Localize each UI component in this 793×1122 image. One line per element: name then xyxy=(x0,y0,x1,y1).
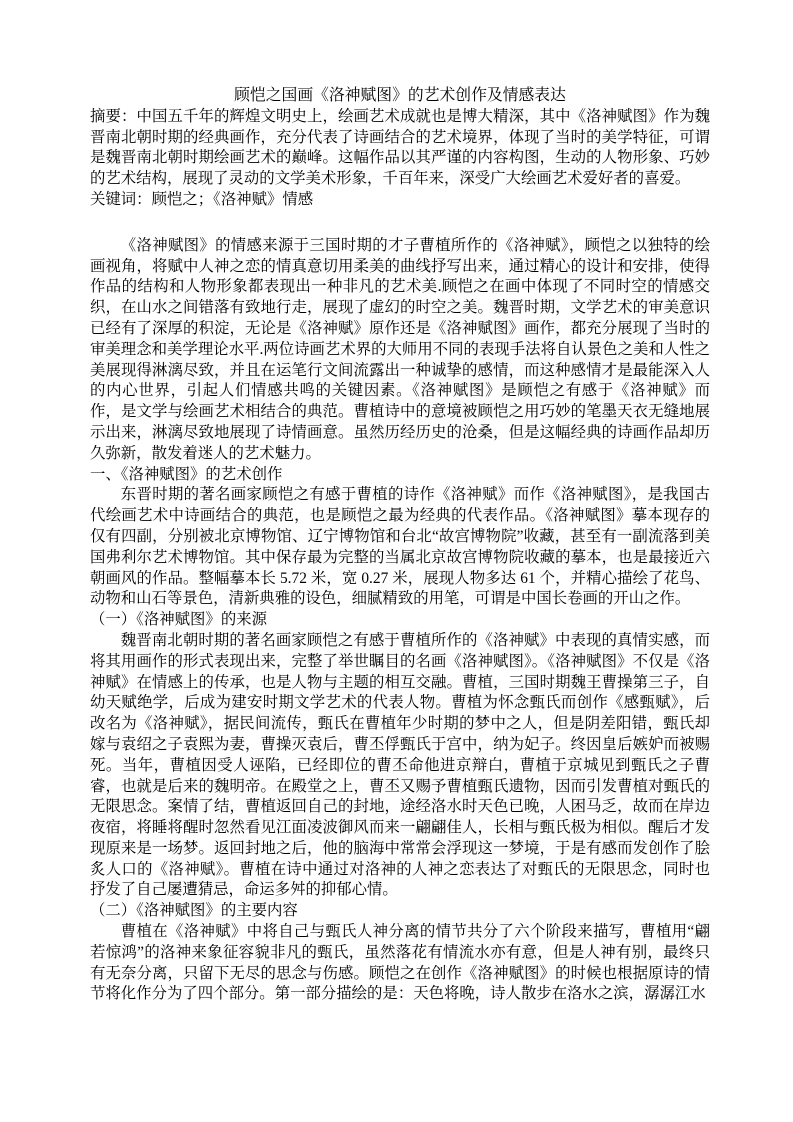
document-page: 顾恺之国画《洛神赋图》的艺术创作及情感表达 摘要：中国五千年的辉煌文明史上，绘画… xyxy=(0,0,793,1122)
section-1-paragraph: 东晋时期的著名画家顾恺之有感于曹植的诗作《洛神赋》而作《洛神赋图》，是我国古代绘… xyxy=(90,485,710,610)
blank-line-spacer xyxy=(90,211,710,236)
paper-title: 顾恺之国画《洛神赋图》的艺术创作及情感表达 xyxy=(90,86,710,107)
keywords-line: 关键词：顾恺之；《洛神赋》情感 xyxy=(90,190,710,211)
subsection-1-2-paragraph: 曹植在《洛神赋》中将自己与甄氏人神分离的情节共分了六个阶段来描写，曹植用“翩若惊… xyxy=(90,922,710,1005)
subsection-heading-1-2: （二）《洛神赋图》的主要内容 xyxy=(90,901,710,922)
intro-paragraph: 《洛神赋图》的情感来源于三国时期的才子曹植所作的《洛神赋》，顾恺之以独特的绘画视… xyxy=(90,236,710,465)
abstract-paragraph: 摘要：中国五千年的辉煌文明史上，绘画艺术成就也是博大精深，其中《洛神赋图》作为魏… xyxy=(90,107,710,190)
section-heading-1: 一、《洛神赋图》的艺术创作 xyxy=(90,465,710,486)
subsection-1-1-paragraph: 魏晋南北朝时期的著名画家顾恺之有感于曹植所作的《洛神赋》中表现的真情实感，而将其… xyxy=(90,631,710,901)
subsection-heading-1-1: （一）《洛神赋图》的来源 xyxy=(90,610,710,631)
